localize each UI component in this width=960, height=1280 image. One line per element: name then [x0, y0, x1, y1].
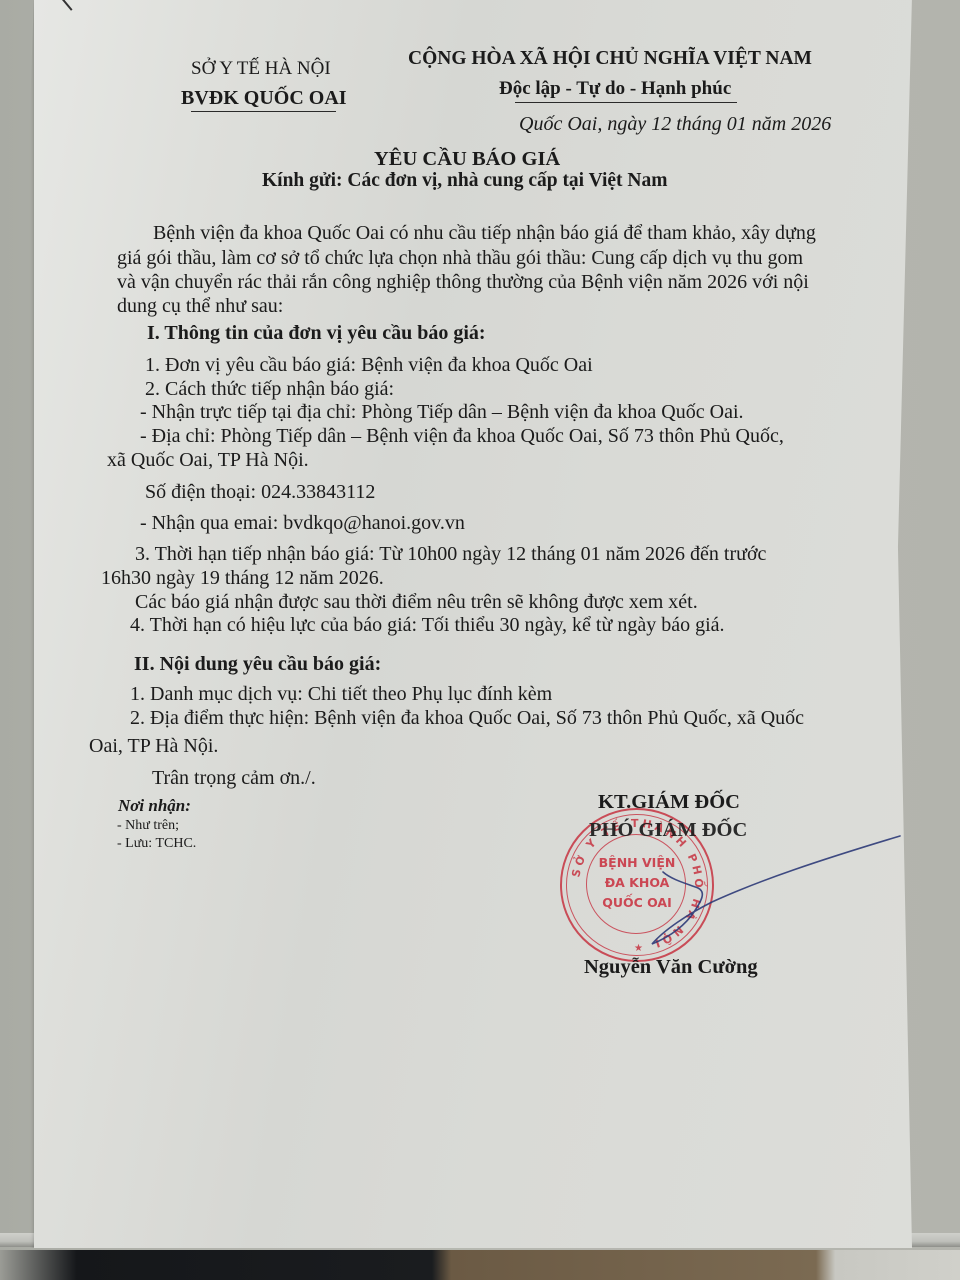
- handwritten-signature: [0, 0, 960, 1280]
- signatory-name: Nguyễn Văn Cường: [584, 955, 758, 979]
